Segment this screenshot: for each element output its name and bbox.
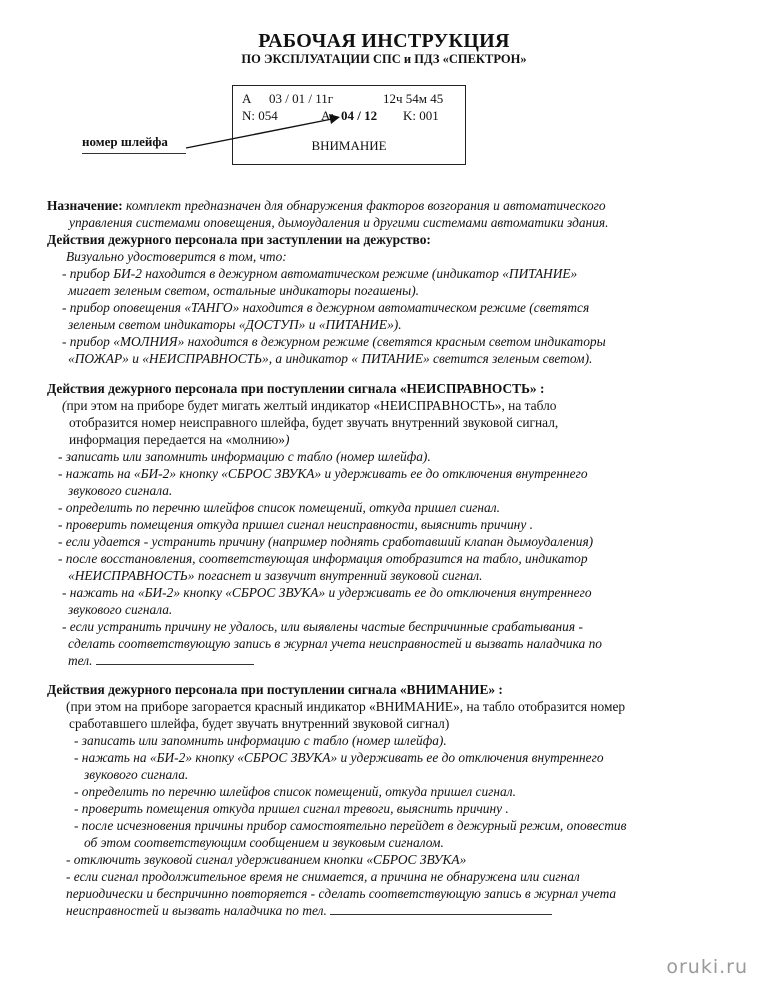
fault-step: - определить по перечню шлейфов список п… (58, 499, 500, 516)
fault-step: - если удается - устранить причину (напр… (58, 533, 593, 550)
duty-line: «ПОЖАР» и «НЕИСПРАВНОСТЬ», а индикатор «… (68, 350, 592, 367)
fault-step: - проверить помещения откуда пришел сигн… (58, 516, 533, 533)
alert-step: об этом соответствующим сообщением и зву… (84, 834, 444, 851)
fault-intro: информация передается на «молнию») (69, 431, 289, 448)
fault-step: звукового сигнала. (68, 482, 172, 499)
purpose-label: Назначение: (47, 198, 123, 213)
duty-line: зеленым светом индикаторы «ДОСТУП» и «ПИ… (68, 316, 402, 333)
fault-intro: отобразится номер неисправного шлейфа, б… (69, 414, 558, 431)
duty-line: мигает зеленым светом, остальные индикат… (68, 282, 419, 299)
duty-line: - прибор БИ-2 находится в дежурном автом… (62, 265, 577, 282)
fault-step: «НЕИСПРАВНОСТЬ» погаснет и зазвучит внут… (68, 567, 483, 584)
phone-blank-field (330, 903, 552, 915)
alert-step: звукового сигнала. (84, 766, 188, 783)
fault-step: - нажать на «БИ-2» кнопку «СБРОС ЗВУКА» … (62, 584, 592, 601)
alert-step: - проверить помещения откуда пришел сигн… (74, 800, 509, 817)
alert-step: - определить по перечню шлейфов список п… (74, 783, 516, 800)
fault-step: - после восстановления, соответствующая … (58, 550, 588, 567)
fault-intro: (при этом на приборе будет мигать желтый… (62, 397, 556, 414)
fault-step: - записать или запомнить информацию с та… (58, 448, 431, 465)
alert-step: - после исчезновения причины прибор само… (74, 817, 626, 834)
section-alert-heading: Действия дежурного персонала при поступл… (47, 681, 503, 698)
alert-step: - если сигнал продолжительное время не с… (66, 868, 580, 885)
purpose-line-1: Назначение: комплект предназначен для об… (47, 197, 606, 214)
duty-line: - прибор «МОЛНИЯ» находится в дежурном р… (62, 333, 606, 350)
duty-line: Визуально удостоверится в том, что: (66, 248, 287, 265)
alert-step: - нажать на «БИ-2» кнопку «СБРОС ЗВУКА» … (74, 749, 604, 766)
fault-step: звукового сигнала. (68, 601, 172, 618)
pointer-arrow-icon (0, 0, 768, 200)
alert-intro: сработавшего шлейфа, будет звучать внутр… (69, 715, 449, 732)
alert-step: периодически и беспричинно повторяется -… (66, 885, 616, 902)
section-fault-heading: Действия дежурного персонала при поступл… (47, 380, 544, 397)
watermark: oruki.ru (666, 956, 748, 978)
fault-step: сделать соответствующую запись в журнал … (68, 635, 602, 652)
alert-phone-line: неисправностей и вызвать наладчика по те… (66, 902, 552, 919)
fault-phone-line: тел. (68, 652, 254, 669)
section-duty-heading: Действия дежурного персонала при заступл… (47, 231, 431, 248)
alert-step: - отключить звуковой сигнал удерживанием… (66, 851, 466, 868)
phone-blank-field (96, 653, 254, 665)
purpose-line-2: управления системами оповещения, дымоуда… (69, 214, 608, 231)
alert-intro: (при этом на приборе загорается красный … (66, 698, 625, 715)
duty-line: - прибор оповещения «ТАНГО» находится в … (62, 299, 589, 316)
alert-step: - записать или запомнить информацию с та… (74, 732, 447, 749)
fault-step: - нажать на «БИ-2» кнопку «СБРОС ЗВУКА» … (58, 465, 588, 482)
fault-step: - если устранить причину не удалось, или… (62, 618, 583, 635)
